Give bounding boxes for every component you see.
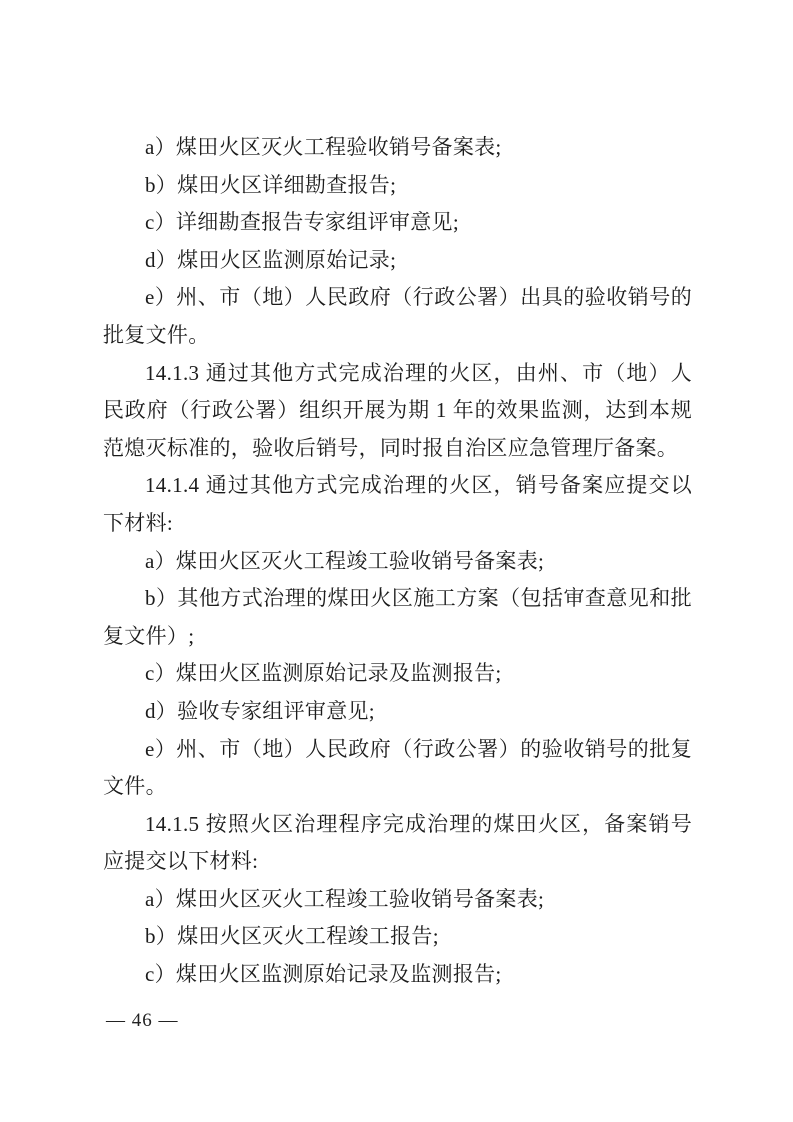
- section-14-1-4: 14.1.4 通过其他方式完成治理的火区，销号备案应提交以下材料:: [103, 467, 692, 542]
- list-item-b-completion-report: b）煤田火区灭火工程竣工报告;: [103, 918, 692, 956]
- list-item-e-approval-doc: e）州、市（地）人民政府（行政公署）出具的验收销号的批复文件。: [103, 279, 692, 354]
- page-footer: — 46 —: [106, 1010, 179, 1032]
- section-14-1-3: 14.1.3 通过其他方式完成治理的火区，由州、市（地）人民政府（行政公署）组织…: [103, 355, 692, 468]
- list-item-c-monitor-report-2: c）煤田火区监测原始记录及监测报告;: [103, 956, 692, 994]
- page-number: — 46 —: [106, 1010, 179, 1031]
- list-item-b-survey-report: b）煤田火区详细勘查报告;: [103, 167, 692, 205]
- list-item-e-approval-doc-2: e）州、市（地）人民政府（行政公署）的验收销号的批复文件。: [103, 731, 692, 806]
- section-14-1-5: 14.1.5 按照火区治理程序完成治理的煤田火区，备案销号应提交以下材料:: [103, 806, 692, 881]
- list-item-d-monitor-records: d）煤田火区监测原始记录;: [103, 242, 692, 280]
- document-body: a）煤田火区灭火工程验收销号备案表; b）煤田火区详细勘查报告; c）详细勘查报…: [103, 129, 692, 994]
- list-item-a-completion-form-2: a）煤田火区灭火工程竣工验收销号备案表;: [103, 881, 692, 919]
- list-item-c-expert-review: c）详细勘查报告专家组评审意见;: [103, 204, 692, 242]
- list-item-a-completion-form: a）煤田火区灭火工程竣工验收销号备案表;: [103, 543, 692, 581]
- list-item-d-acceptance-review: d）验收专家组评审意见;: [103, 693, 692, 731]
- list-item-c-monitor-report: c）煤田火区监测原始记录及监测报告;: [103, 655, 692, 693]
- document-page: a）煤田火区灭火工程验收销号备案表; b）煤田火区详细勘查报告; c）详细勘查报…: [0, 0, 793, 1122]
- list-item-b-construction-plan: b）其他方式治理的煤田火区施工方案（包括审查意见和批复文件）;: [103, 580, 692, 655]
- list-item-a-backup-form: a）煤田火区灭火工程验收销号备案表;: [103, 129, 692, 167]
